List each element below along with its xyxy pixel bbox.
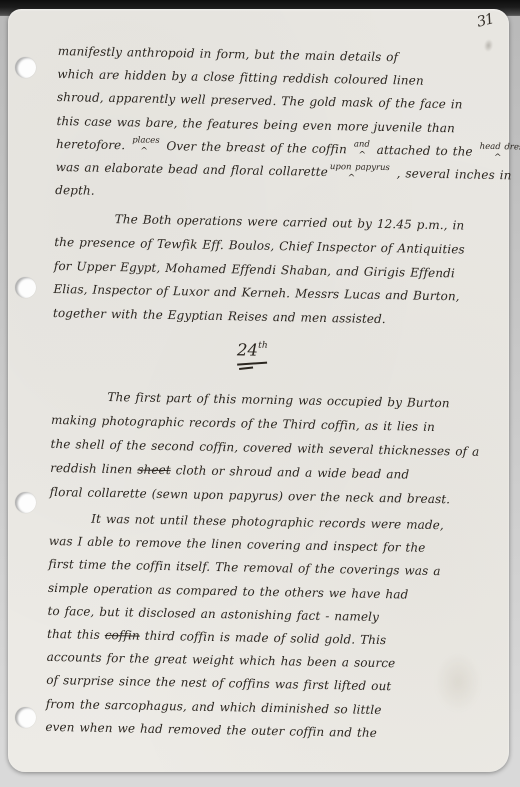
inserted-word: upon papyrus — [330, 165, 390, 180]
heading-underline — [237, 362, 267, 366]
paragraph-2: The Both operations were carried out by … — [53, 211, 475, 338]
scanned-journal-page: 31 manifestly anthropoid in form, but th… — [0, 0, 520, 787]
struck-word: sheet — [137, 463, 171, 478]
date-heading: 24th — [202, 340, 302, 369]
date-number: 24 — [237, 340, 259, 359]
heading-underline — [239, 366, 253, 369]
paragraph-1: manifestly anthropoid in form, but the m… — [55, 44, 478, 214]
struck-word: coffin — [105, 628, 140, 643]
handwritten-text: manifestly anthropoid in form, but the m… — [44, 0, 478, 787]
inserted-word: places — [132, 138, 160, 152]
punch-hole — [15, 707, 36, 728]
date-suffix: th — [258, 341, 268, 351]
paragraph-3: The first part of this morning was occup… — [49, 389, 471, 517]
punch-hole — [15, 277, 36, 298]
punch-hole — [15, 492, 36, 513]
paragraph-4: It was not until these photographic reco… — [45, 511, 469, 751]
inserted-word: head dress — [479, 144, 520, 159]
inserted-word: and — [354, 142, 370, 156]
punch-hole — [15, 57, 36, 78]
